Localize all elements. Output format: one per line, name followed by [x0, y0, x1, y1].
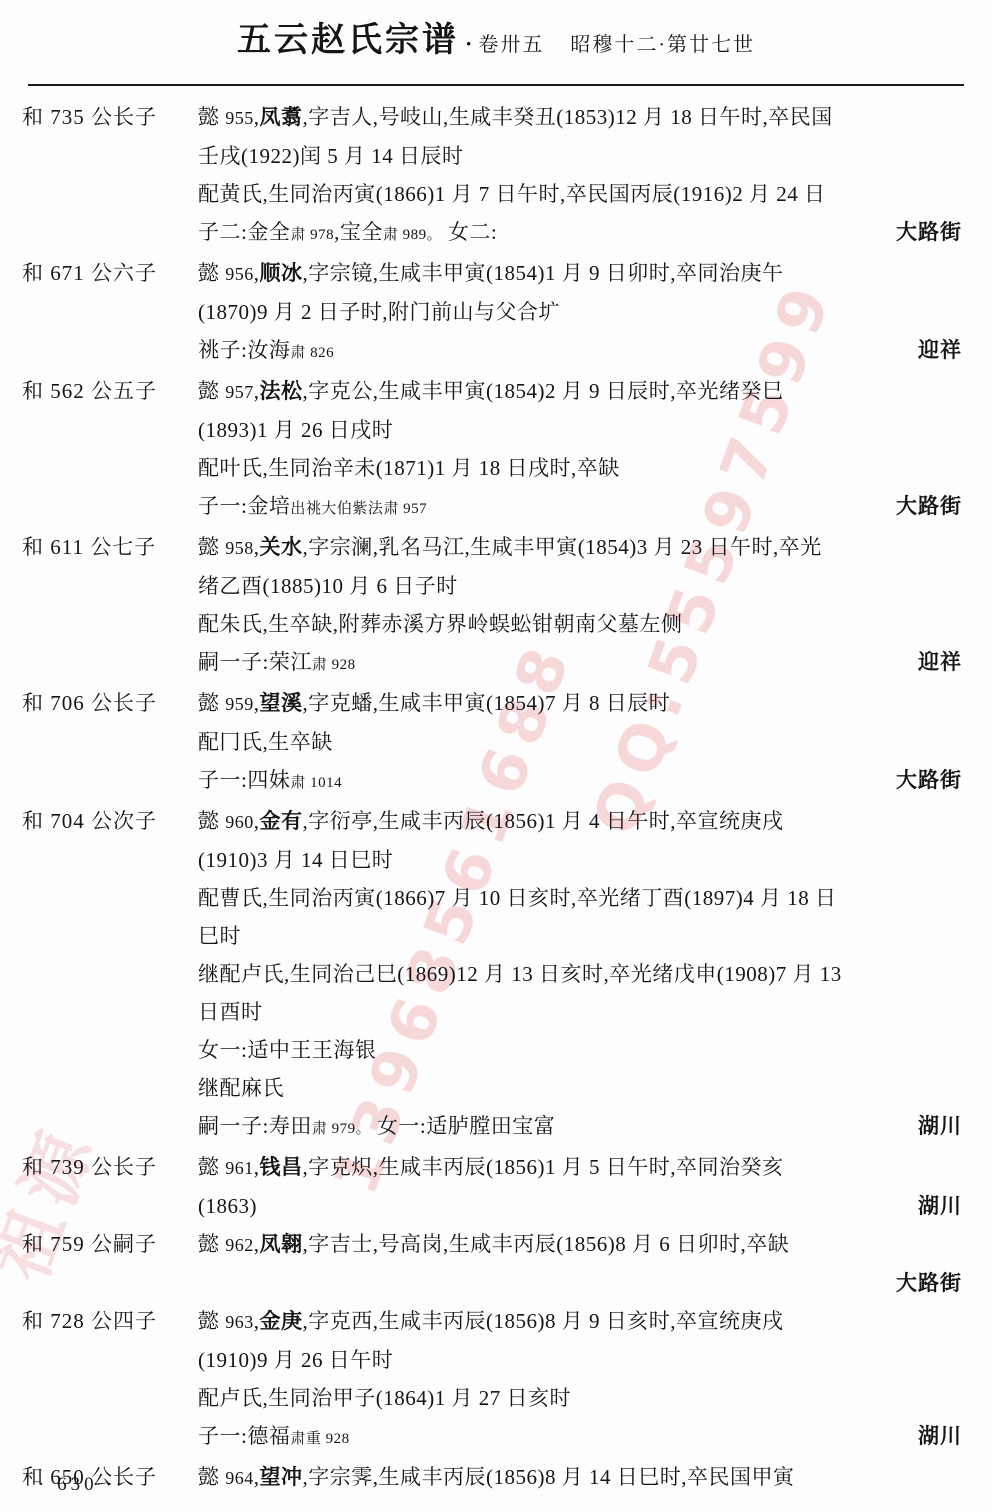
entry-row: 和 739 公长子 懿 961,钱昌,字克炽,生咸丰丙辰(1856)1 月 5 …: [0, 1148, 992, 1225]
entry-content: 懿 958,关水,字宗澜,乳名马江,生咸丰甲寅(1854)3 月 23 日午时,…: [198, 528, 992, 684]
entry-line: 继配卢氏,生同治己巳(1869)12 月 13 日亥时,卒光绪戊申(1908)7…: [198, 955, 962, 993]
entry-text: 配叶氏,生同治辛未(1871)1 月 18 日戌时,卒缺: [198, 449, 620, 487]
header-divider-line: [28, 84, 964, 86]
entry-line: (1910)3 月 14 日巳时: [198, 841, 962, 879]
entry-line: 大路街: [198, 1264, 962, 1302]
entry-text: 子二:金全肃 978,宝全肃 989。 女二:: [198, 213, 497, 254]
entry-line: 配卢氏,生同治甲子(1864)1 月 27 日亥时: [198, 1379, 962, 1417]
entry-line: 懿 962,凤翱,字吉士,号高岗,生咸丰丙辰(1856)8 月 6 日卯时,卒缺: [198, 1225, 962, 1264]
entry-line: 懿 957,法松,字克公,生咸丰甲寅(1854)2 月 9 日辰时,卒光绪癸巳: [198, 372, 962, 411]
entry-line: 子一:四妹肃 1014大路街: [198, 761, 962, 802]
residence-label: 大路街: [884, 213, 962, 254]
residence-label: 湖川: [906, 1187, 962, 1225]
entry-line: 子一:德福肃重 928湖川: [198, 1417, 962, 1458]
entry-text: 配曹氏,生同治丙寅(1866)7 月 10 日亥时,卒光绪丁酉(1897)4 月…: [198, 879, 836, 917]
entry-text: 配冂氏,生卒缺: [198, 723, 333, 761]
entry-line: 配叶氏,生同治辛未(1871)1 月 18 日戌时,卒缺: [198, 449, 962, 487]
entry-text: 日酉时: [198, 993, 263, 1031]
entry-text: 懿 964,望冲,字宗霁,生咸丰丙辰(1856)8 月 14 日巳时,卒民国甲寅: [198, 1458, 795, 1497]
entry-content: 懿 956,顺冰,字宗镜,生咸丰甲寅(1854)1 月 9 日卯时,卒同治庚午(…: [198, 254, 992, 372]
entry-line: 懿 960,金有,字衍亭,生咸丰丙辰(1856)1 月 4 日午时,卒宣统庚戌: [198, 802, 962, 841]
entry-line: 嗣一子:寿田肃 979。 女一:适胪膛田宝富湖川: [198, 1107, 962, 1148]
entry-content: 懿 962,凤翱,字吉士,号高岗,生咸丰丙辰(1856)8 月 6 日卯时,卒缺…: [198, 1225, 992, 1302]
entry-content: 懿 955,凤翥,字吉人,号岐山,生咸丰癸丑(1853)12 月 18 日午时,…: [198, 98, 992, 254]
entry-row: 和 704 公次子 懿 960,金有,字衍亭,生咸丰丙辰(1856)1 月 4 …: [0, 802, 992, 1148]
father-rank-label: 和 671 公六子: [0, 254, 198, 292]
entry-text: (1870)9 月 2 日子时,附门前山与父合圹: [198, 293, 560, 331]
entry-line: 日酉时: [198, 993, 962, 1031]
entry-text: 子一:德福肃重 928: [198, 1417, 350, 1458]
residence-label: 湖川: [906, 1107, 962, 1148]
father-rank-label: 和 735 公长子: [0, 98, 198, 136]
entry-row: 和 611 公七子 懿 958,关水,字宗澜,乳名马江,生咸丰甲寅(1854)3…: [0, 528, 992, 684]
residence-label: 迎祥: [906, 331, 962, 372]
entry-text: (1910)9 月 26 日午时: [198, 1341, 393, 1379]
entry-line: 配冂氏,生卒缺: [198, 723, 962, 761]
father-rank-label: 和 611 公七子: [0, 528, 198, 566]
title-separator-dot: ·: [459, 31, 478, 56]
entry-row: 和 735 公长子 懿 955,凤翥,字吉人,号岐山,生咸丰癸丑(1853)12…: [0, 98, 992, 254]
entry-text: 懿 962,凤翱,字吉士,号高岗,生咸丰丙辰(1856)8 月 6 日卯时,卒缺: [198, 1225, 789, 1264]
father-rank-label: 和 706 公长子: [0, 684, 198, 722]
residence-label: 大路街: [884, 1264, 962, 1302]
generation-label: 昭穆十二·第廿七世: [570, 34, 755, 56]
page-header: 五云赵氏宗谱·卷卅五昭穆十二·第廿七世: [0, 12, 992, 61]
entry-text: 懿 960,金有,字衍亭,生咸丰丙辰(1856)1 月 4 日午时,卒宣统庚戌: [198, 802, 784, 841]
entry-text: 懿 958,关水,字宗澜,乳名马江,生咸丰甲寅(1854)3 月 23 日午时,…: [198, 528, 822, 567]
entry-row: 和 671 公六子 懿 956,顺冰,字宗镜,生咸丰甲寅(1854)1 月 9 …: [0, 254, 992, 372]
entry-line: 绪乙酉(1885)10 月 6 日子时: [198, 567, 962, 605]
entry-line: 懿 964,望冲,字宗霁,生咸丰丙辰(1856)8 月 14 日巳时,卒民国甲寅: [198, 1458, 962, 1497]
entry-line: 继配麻氏: [198, 1069, 962, 1107]
entry-line: 子一:金培出祧大伯紫法肃 957大路街: [198, 487, 962, 528]
entry-text: (1893)1 月 26 日戌时: [198, 411, 393, 449]
entry-text: 配黄氏,生同治丙寅(1866)1 月 7 日午时,卒民国丙辰(1916)2 月 …: [198, 175, 825, 213]
entry-text: (1910)3 月 14 日巳时: [198, 841, 393, 879]
entry-content: 懿 959,望溪,字克蟠,生咸丰甲寅(1854)7 月 8 日辰时配冂氏,生卒缺…: [198, 684, 992, 802]
entry-text: 女一:适中王王海银: [198, 1031, 376, 1069]
entry-text: 继配卢氏,生同治己巳(1869)12 月 13 日亥时,卒光绪戊申(1908)7…: [198, 955, 842, 993]
genealogy-page: { "header": { "title": "五云赵氏宗谱", "dot": …: [0, 0, 992, 1512]
entry-text: 祧子:汝海肃 826: [198, 331, 334, 372]
entry-content: 懿 961,钱昌,字克炽,生咸丰丙辰(1856)1 月 5 日午时,卒同治癸亥(…: [198, 1148, 992, 1225]
entry-text: 懿 961,钱昌,字克炽,生咸丰丙辰(1856)1 月 5 日午时,卒同治癸亥: [198, 1148, 784, 1187]
entry-text: 配卢氏,生同治甲子(1864)1 月 27 日亥时: [198, 1379, 571, 1417]
entry-text: (1863): [198, 1187, 257, 1225]
volume-label: 卷卅五: [478, 34, 544, 56]
father-rank-label: 和 728 公四子: [0, 1302, 198, 1340]
entry-content: 懿 964,望冲,字宗霁,生咸丰丙辰(1856)8 月 14 日巳时,卒民国甲寅: [198, 1458, 992, 1497]
entry-content: 懿 957,法松,字克公,生咸丰甲寅(1854)2 月 9 日辰时,卒光绪癸巳(…: [198, 372, 992, 528]
entry-row: 和 759 公嗣子 懿 962,凤翱,字吉士,号高岗,生咸丰丙辰(1856)8 …: [0, 1225, 992, 1302]
father-rank-label: 和 739 公长子: [0, 1148, 198, 1186]
entry-line: 配曹氏,生同治丙寅(1866)7 月 10 日亥时,卒光绪丁酉(1897)4 月…: [198, 879, 962, 917]
entry-line: 懿 963,金庚,字克西,生咸丰丙辰(1856)8 月 9 日亥时,卒宣统庚戌: [198, 1302, 962, 1341]
entry-line: 女一:适中王王海银: [198, 1031, 962, 1069]
entry-row: 和 650 公长子 懿 964,望冲,字宗霁,生咸丰丙辰(1856)8 月 14…: [0, 1458, 992, 1497]
entry-line: 懿 959,望溪,字克蟠,生咸丰甲寅(1854)7 月 8 日辰时: [198, 684, 962, 723]
entry-text: 壬戌(1922)闰 5 月 14 日辰时: [198, 137, 464, 175]
entry-text: 巳时: [198, 917, 241, 955]
entry-text: 懿 959,望溪,字克蟠,生咸丰甲寅(1854)7 月 8 日辰时: [198, 684, 670, 723]
entry-line: 嗣一子:荣江肃 928迎祥: [198, 643, 962, 684]
entry-content: 懿 960,金有,字衍亭,生咸丰丙辰(1856)1 月 4 日午时,卒宣统庚戌(…: [198, 802, 992, 1148]
entry-text: 嗣一子:寿田肃 979。 女一:适胪膛田宝富: [198, 1107, 555, 1148]
entry-line: 配黄氏,生同治丙寅(1866)1 月 7 日午时,卒民国丙辰(1916)2 月 …: [198, 175, 962, 213]
entry-text: 懿 956,顺冰,字宗镜,生咸丰甲寅(1854)1 月 9 日卯时,卒同治庚午: [198, 254, 784, 293]
entry-line: 子二:金全肃 978,宝全肃 989。 女二:大路街: [198, 213, 962, 254]
father-rank-label: 和 704 公次子: [0, 802, 198, 840]
father-rank-label: 和 759 公嗣子: [0, 1225, 198, 1263]
entry-text: 继配麻氏: [198, 1069, 284, 1107]
entry-line: 巳时: [198, 917, 962, 955]
entry-text: 嗣一子:荣江肃 928: [198, 643, 356, 684]
book-title: 五云赵氏宗谱: [237, 22, 459, 59]
father-rank-label: 和 562 公五子: [0, 372, 198, 410]
entry-line: 配朱氏,生卒缺,附葬赤溪方界岭蜈蚣钳朝南父墓左侧: [198, 605, 962, 643]
entry-line: 祧子:汝海肃 826迎祥: [198, 331, 962, 372]
entry-text: 懿 955,凤翥,字吉人,号岐山,生咸丰癸丑(1853)12 月 18 日午时,…: [198, 98, 833, 137]
entry-row: 和 562 公五子 懿 957,法松,字克公,生咸丰甲寅(1854)2 月 9 …: [0, 372, 992, 528]
residence-label: 迎祥: [906, 643, 962, 684]
entry-text: 子一:四妹肃 1014: [198, 761, 342, 802]
entry-row: 和 728 公四子 懿 963,金庚,字克西,生咸丰丙辰(1856)8 月 9 …: [0, 1302, 992, 1458]
entry-line: (1893)1 月 26 日戌时: [198, 411, 962, 449]
entry-line: 懿 955,凤翥,字吉人,号岐山,生咸丰癸丑(1853)12 月 18 日午时,…: [198, 98, 962, 137]
entries: 和 735 公长子 懿 955,凤翥,字吉人,号岐山,生咸丰癸丑(1853)12…: [0, 98, 992, 1497]
entry-text: 子一:金培出祧大伯紫法肃 957: [198, 487, 427, 528]
entry-line: 懿 958,关水,字宗澜,乳名马江,生咸丰甲寅(1854)3 月 23 日午时,…: [198, 528, 962, 567]
entry-line: 壬戌(1922)闰 5 月 14 日辰时: [198, 137, 962, 175]
page-number: · 630 ·: [38, 1474, 117, 1496]
entry-line: (1870)9 月 2 日子时,附门前山与父合圹: [198, 293, 962, 331]
residence-label: 大路街: [884, 487, 962, 528]
entry-text: 配朱氏,生卒缺,附葬赤溪方界岭蜈蚣钳朝南父墓左侧: [198, 605, 683, 643]
entry-row: 和 706 公长子 懿 959,望溪,字克蟠,生咸丰甲寅(1854)7 月 8 …: [0, 684, 992, 802]
entry-line: 懿 961,钱昌,字克炽,生咸丰丙辰(1856)1 月 5 日午时,卒同治癸亥: [198, 1148, 962, 1187]
entry-text: 懿 963,金庚,字克西,生咸丰丙辰(1856)8 月 9 日亥时,卒宣统庚戌: [198, 1302, 784, 1341]
residence-label: 湖川: [906, 1417, 962, 1458]
entry-line: (1910)9 月 26 日午时: [198, 1341, 962, 1379]
entry-text: 绪乙酉(1885)10 月 6 日子时: [198, 567, 458, 605]
entry-line: (1863)湖川: [198, 1187, 962, 1225]
entry-content: 懿 963,金庚,字克西,生咸丰丙辰(1856)8 月 9 日亥时,卒宣统庚戌(…: [198, 1302, 992, 1458]
entry-line: 懿 956,顺冰,字宗镜,生咸丰甲寅(1854)1 月 9 日卯时,卒同治庚午: [198, 254, 962, 293]
entry-text: 懿 957,法松,字克公,生咸丰甲寅(1854)2 月 9 日辰时,卒光绪癸巳: [198, 372, 784, 411]
residence-label: 大路街: [884, 761, 962, 802]
